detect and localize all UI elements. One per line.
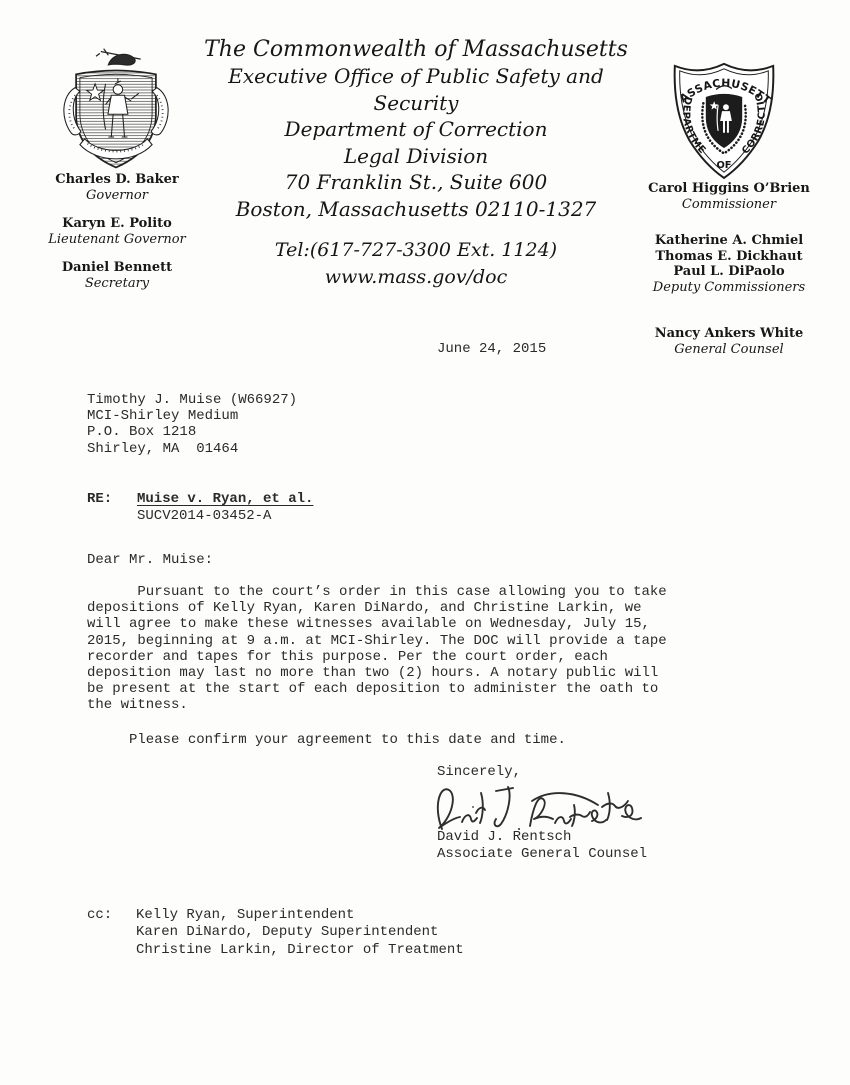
recipient-city-line: Shirley, MA 01464 xyxy=(87,441,297,457)
salutation: Dear Mr. Muise: xyxy=(87,552,213,568)
body-blank-line xyxy=(87,714,667,732)
official-name: Charles D. Baker xyxy=(28,172,206,188)
letterhead-office: Executive Office of Public Safety and Se… xyxy=(185,63,647,116)
re-case-name: Muise v. Ryan, et al. xyxy=(137,491,313,508)
officials-deputy-commissioners: Katherine A. Chmiel Thomas E. Dickhaut P… xyxy=(634,233,824,295)
letterhead-city: Boston, Massachusetts 02110-1327 xyxy=(185,196,647,223)
right-officials-column: Carol Higgins O’Brien Commissioner Kathe… xyxy=(634,181,824,357)
recipient-po-box: P.O. Box 1218 xyxy=(87,424,297,440)
cc-label: cc: xyxy=(87,907,112,923)
signature-block: David J. Rentsch Associate General Couns… xyxy=(437,829,647,863)
letterhead-commonwealth: The Commonwealth of Massachusetts xyxy=(185,36,647,63)
official-secretary: Daniel Bennett Secretary xyxy=(28,260,206,291)
official-title: Deputy Commissioners xyxy=(634,280,824,296)
official-name: Daniel Bennett xyxy=(28,260,206,276)
body-line: be present at the start of each depositi… xyxy=(87,681,667,697)
body-line: will agree to make these witnesses avail… xyxy=(87,616,667,632)
recipient-facility: MCI-Shirley Medium xyxy=(87,408,297,424)
re-block: Muise v. Ryan, et al. SUCV2014-03452-A xyxy=(137,491,313,525)
cc-recipient: Karen DiNardo, Deputy Superintendent xyxy=(136,924,464,941)
cc-list: Kelly Ryan, Superintendent Karen DiNardo… xyxy=(136,907,464,959)
official-lt-governor: Karyn E. Polito Lieutenant Governor xyxy=(28,216,206,247)
recipient-address-block: Timothy J. Muise (W66927) MCI-Shirley Me… xyxy=(87,392,297,457)
official-title: Governor xyxy=(28,188,206,204)
body-paragraphs: Pursuant to the court’s order in this ca… xyxy=(87,584,667,748)
body-line: 2015, beginning at 9 a.m. at MCI-Shirley… xyxy=(87,633,667,649)
left-officials-column: Charles D. Baker Governor Karyn E. Polit… xyxy=(28,172,206,304)
body-confirm-line: Please confirm your agreement to this da… xyxy=(87,732,667,748)
official-name: Karyn E. Polito xyxy=(28,216,206,232)
official-name: Nancy Ankers White xyxy=(634,326,824,342)
closing: Sincerely, xyxy=(437,764,521,780)
official-name: Katherine A. Chmiel xyxy=(634,233,824,249)
cc-recipient: Kelly Ryan, Superintendent xyxy=(136,907,464,924)
department-of-correction-seal-icon: MASSACHUSETTS DEPARTMENT CORRECTION OF xyxy=(665,54,783,182)
cc-recipient: Christine Larkin, Director of Treatment xyxy=(136,942,464,959)
letterhead-center: The Commonwealth of Massachusetts Execut… xyxy=(185,36,647,291)
signer-title: Associate General Counsel xyxy=(437,846,647,863)
re-label: RE: xyxy=(87,491,112,507)
official-title: Lieutenant Governor xyxy=(28,232,206,248)
body-line: recorder and tapes for this purpose. Per… xyxy=(87,649,667,665)
official-general-counsel: Nancy Ankers White General Counsel xyxy=(634,326,824,357)
official-name: Carol Higgins O’Brien xyxy=(634,181,824,197)
official-title: Secretary xyxy=(28,276,206,292)
official-title: Commissioner xyxy=(634,197,824,213)
recipient-name-line: Timothy J. Muise (W66927) xyxy=(87,392,297,408)
scanned-letter-page: MASSACHUSETTS DEPARTMENT CORRECTION OF T… xyxy=(0,0,850,1085)
body-line: depositions of Kelly Ryan, Karen DiNardo… xyxy=(87,600,667,616)
doc-seal-bottom-text: OF xyxy=(716,160,731,171)
official-commissioner: Carol Higgins O’Brien Commissioner xyxy=(634,181,824,212)
letterhead-phone: Tel:(617-727-3300 Ext. 1124) xyxy=(185,237,647,264)
signer-name: David J. Rentsch xyxy=(437,829,647,846)
official-name: Paul L. DiPaolo xyxy=(634,264,824,280)
massachusetts-state-seal-icon xyxy=(59,40,173,178)
letter-date: June 24, 2015 xyxy=(437,341,546,357)
body-line: deposition may last no more than two (2)… xyxy=(87,665,667,681)
official-governor: Charles D. Baker Governor xyxy=(28,172,206,203)
letterhead-division: Legal Division xyxy=(185,143,647,170)
official-title: General Counsel xyxy=(634,342,824,358)
re-docket-number: SUCV2014-03452-A xyxy=(137,508,313,525)
letterhead-street: 70 Franklin St., Suite 600 xyxy=(185,169,647,196)
body-line: the witness. xyxy=(87,697,667,713)
body-line: Pursuant to the court’s order in this ca… xyxy=(87,584,667,600)
letterhead-department: Department of Correction xyxy=(185,116,647,143)
letterhead-website: www.mass.gov/doc xyxy=(185,264,647,291)
official-name: Thomas E. Dickhaut xyxy=(634,249,824,265)
